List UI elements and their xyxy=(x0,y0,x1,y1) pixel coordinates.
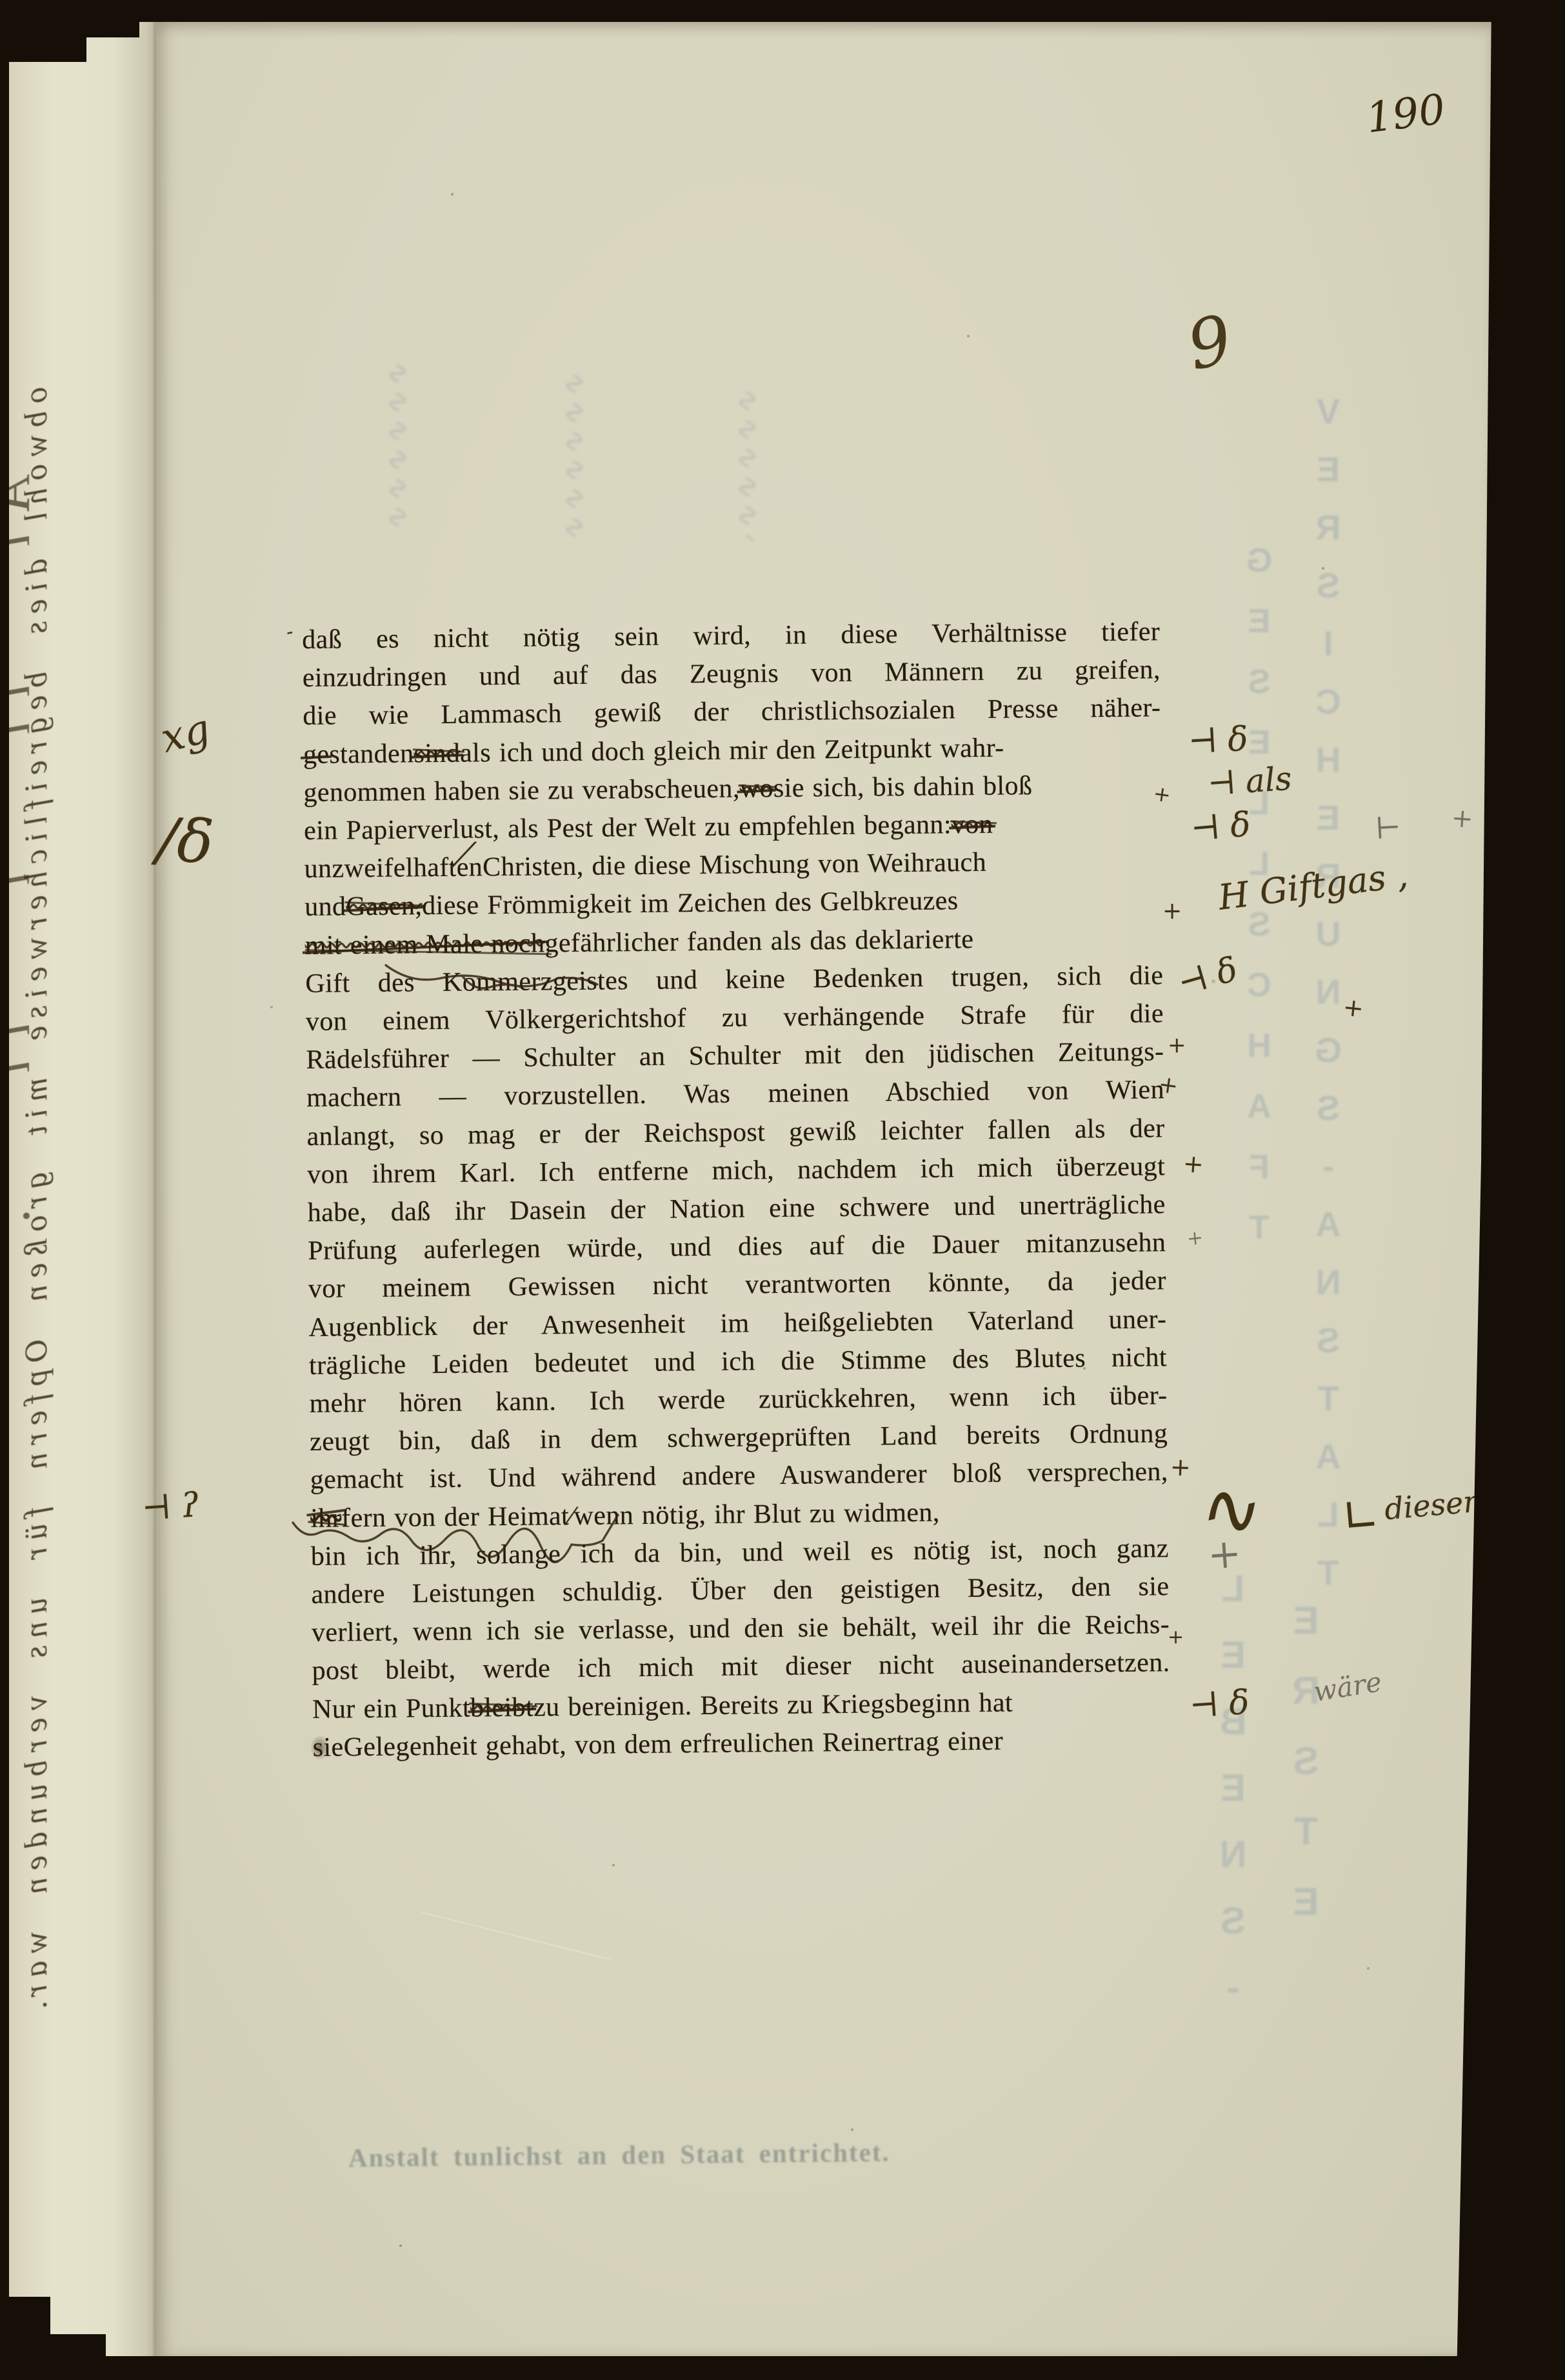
text-line: sie Gelegenheit gehabt, von dem erfreuli… xyxy=(312,1723,1170,1765)
text-segment: genommen haben sie zu verabscheuen, xyxy=(303,772,740,809)
scan-border-top-left xyxy=(0,0,86,62)
text-line: machern — vorzustellen. Was meinen Absch… xyxy=(306,1074,1164,1115)
corrected-text-segment: bleibt xyxy=(470,1690,534,1725)
corrected-text-segment: sie xyxy=(312,1730,343,1764)
text-line: ein Papierverlust, als Pest der Welt zu … xyxy=(304,806,1162,848)
text-line: von ihrem Karl. Ich entferne mich, nachd… xyxy=(307,1150,1165,1192)
text-line: zeugt bin, daß in dem schwergeprüften La… xyxy=(310,1417,1168,1459)
scan-border-bottom-left-2 xyxy=(50,2334,106,2380)
proof-mark: ⊢ xyxy=(1375,810,1402,846)
text-segment: Christen, die diese Mischung von Weihrau… xyxy=(483,846,986,884)
text-segment: unzweifelhafte xyxy=(304,851,469,886)
hand-squiggle-heimat xyxy=(292,1511,717,1556)
proof-mark: ⊣ δ xyxy=(1187,720,1249,762)
text-line: und Gasen, diese Frömmigkeit im Zeichen … xyxy=(304,883,1162,925)
text-segment: zu bereinigen. Bereits zu Kriegsbeginn h… xyxy=(533,1686,1013,1724)
text-segment: Gelegenheit gehabt, von dem erfreulichen… xyxy=(343,1724,1003,1764)
proof-mark: + xyxy=(1168,1032,1186,1058)
showthrough-handwriting: ∿∿∿∿∿∿ xyxy=(557,369,592,627)
scan-border-left xyxy=(0,0,9,2380)
scanned-proof-page: obwohl dies begreiflicherweise mit große… xyxy=(0,0,1565,2380)
text-line: gemacht ist. Und während andere Auswande… xyxy=(310,1455,1168,1497)
text-line: genommen haben sie zu verabscheuen, wo s… xyxy=(303,768,1161,810)
corrected-text-segment: n xyxy=(469,851,483,885)
corrected-text-segment: von xyxy=(952,808,993,842)
proof-mark: ⊣ δ xyxy=(1190,805,1252,849)
showthrough-handwriting: ∿∿∿∿∿∿ xyxy=(381,359,415,585)
proof-mark: ∟ xyxy=(1340,1488,1382,1544)
text-segment: Nur ein Punkt xyxy=(312,1691,470,1726)
proof-mark: + xyxy=(1151,781,1172,807)
proof-mark: ⊣ als xyxy=(1206,760,1293,803)
handwritten-page-number: 190 xyxy=(1364,86,1448,143)
text-segment: sie sich, bis dahin bloß xyxy=(773,769,1033,805)
text-segment: ein Papierverlust, als Pest der Welt zu … xyxy=(304,808,952,848)
showthrough-column: LEBENS- xyxy=(1211,1568,1255,2033)
text-line: andere Leistungen schuldig. Über den gei… xyxy=(311,1570,1169,1612)
proof-mark: + xyxy=(1168,1626,1184,1648)
scan-border-bottom xyxy=(0,2356,1565,2380)
scan-border-top xyxy=(0,0,1565,22)
proof-mark: + xyxy=(1157,1071,1180,1100)
text-line: gestanden sind als ich und doch gleich m… xyxy=(303,730,1161,772)
corrected-text-segment: Gasen, xyxy=(346,890,422,924)
corrected-text-segment: ge xyxy=(303,737,330,771)
corrected-text-segment: wo xyxy=(739,772,773,805)
text-line: die wie Lammasch gewiß der christlichsoz… xyxy=(303,692,1161,734)
showthrough-handwriting: ∿∿∿∿∿∿ xyxy=(730,386,765,541)
text-line: Nur ein Punkt bleibt zu bereinigen. Bere… xyxy=(312,1685,1170,1726)
text-line: unzweifelhaften Christen, die diese Misc… xyxy=(304,844,1162,886)
text-line: mit einem Male noch gefährlicher fanden … xyxy=(305,921,1163,963)
showthrough-column: VERSICHERUNGS-ANSTALT xyxy=(1308,392,1348,1612)
text-line: von einem Völkergerichtshof zu verhängen… xyxy=(306,997,1164,1039)
text-block: daß es nicht nötig sein wird, in diese V… xyxy=(302,615,1171,1778)
text-line: verliert, wenn ich sie verlasse, und den… xyxy=(312,1608,1170,1650)
hand-squiggle-male-noch xyxy=(384,960,630,996)
text-segment: als ich und doch gleich mir den Zeitpunk… xyxy=(460,731,1004,770)
proof-mark: /δ xyxy=(155,805,215,877)
text-line: trägliche Leiden bedeutet und ich die St… xyxy=(309,1341,1167,1383)
text-segment: standen xyxy=(329,737,414,771)
showthrough-bottom-line: Anstalt tunlichst an den Staat entrichte… xyxy=(348,2137,890,2174)
corrected-text-segment: mit einem Male noch xyxy=(305,926,545,963)
text-segment: gefährlicher fanden als das deklarierte xyxy=(544,923,973,960)
proof-mark: + xyxy=(1342,992,1365,1023)
text-line: anlangt, so mag er der Reichspost gewiß … xyxy=(306,1112,1164,1154)
showthrough-column: ERSTE xyxy=(1284,1599,1328,1950)
text-segment: und xyxy=(304,890,346,925)
proof-mark: + xyxy=(1186,1226,1204,1250)
text-line: post bleibt, werde ich mich mit dieser n… xyxy=(312,1646,1170,1688)
text-line: habe, daß ihr Dasein der Nation eine sch… xyxy=(308,1188,1166,1230)
text-line: mehr hören kann. Ich werde zurückkehren,… xyxy=(309,1379,1167,1421)
text-line: Augenblick der Anwesenheit im heißgelieb… xyxy=(308,1303,1166,1345)
text-line: Rädelsführer — Schulter an Schulter mit … xyxy=(306,1035,1164,1077)
text-line: vor meinem Gewissen nicht verantworten k… xyxy=(308,1265,1166,1306)
corrected-text-segment: sind xyxy=(414,736,460,770)
text-line: Prüfung auferlegen würde, und dies auf d… xyxy=(308,1226,1166,1268)
proof-mark: + xyxy=(1182,1149,1205,1179)
proof-mark: + xyxy=(1206,1529,1243,1578)
proof-mark: ⊣ ʔ xyxy=(141,1486,201,1528)
proof-mark: + xyxy=(1450,803,1474,834)
scan-border-top-step xyxy=(86,0,139,37)
text-segment: diese Frömmigkeit im Zeichen des Gelbkre… xyxy=(422,885,959,923)
proof-mark: ⊣ δ xyxy=(1188,1683,1251,1726)
text-line: einzudringen und auf das Zeugnis von Män… xyxy=(303,653,1161,695)
proof-mark: + xyxy=(1162,898,1182,925)
